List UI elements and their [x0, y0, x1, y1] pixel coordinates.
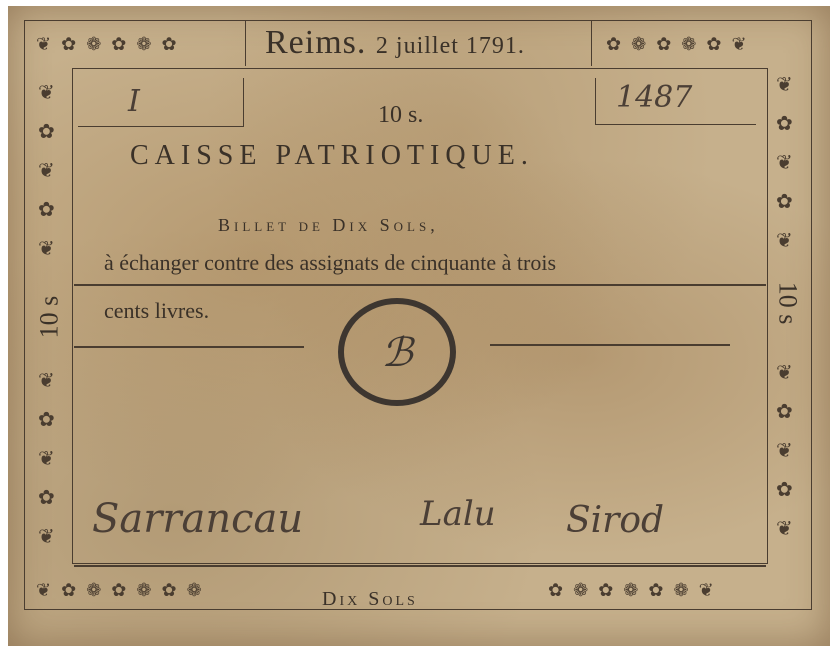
- footer-text: Dix Sols: [322, 588, 418, 611]
- signature-3: Sirod: [566, 500, 664, 541]
- star-icon: ✿: [111, 580, 126, 601]
- side-value-right: 10 s: [772, 282, 802, 325]
- top-ornament-left: ❦ ✿ ❁ ✿ ❁ ✿: [36, 34, 177, 55]
- star-icon: ✿: [776, 399, 793, 424]
- rule-right: [490, 344, 730, 346]
- star-icon: ✿: [776, 189, 793, 214]
- star-icon: ✿: [38, 485, 55, 510]
- serial-left-box: [78, 78, 244, 127]
- flower-icon: ❁: [681, 34, 696, 55]
- bottom-ornament-left: ❦✿ ❁✿ ❁✿ ❁: [36, 580, 202, 601]
- leaf-icon: ❦: [776, 360, 793, 385]
- note-title: CAISSE PATRIOTIQUE.: [130, 140, 534, 172]
- side-value-left: 10 s: [34, 296, 64, 339]
- left-ornament-column-lower: ❦✿ ❦✿ ❦: [38, 368, 55, 549]
- seal-stamp: ℬ: [338, 298, 456, 406]
- leaf-icon: ❦: [776, 150, 793, 175]
- star-icon: ✿: [548, 580, 563, 601]
- star-icon: ✿: [776, 477, 793, 502]
- body-line-1: à échanger contre des assignats de cinqu…: [104, 250, 556, 276]
- serial-right: 1487: [616, 80, 692, 115]
- leaf-icon: ❦: [38, 236, 55, 261]
- flower-icon: ❁: [86, 580, 101, 601]
- monogram-icon: ℬ: [381, 329, 412, 376]
- signature-1: Sarrancau: [92, 496, 303, 542]
- leaf-icon: ❦: [36, 580, 51, 601]
- leaf-icon: ❦: [699, 580, 714, 601]
- header: Reims. 2 juillet 1791.: [265, 24, 525, 62]
- leaf-icon: ❦: [776, 72, 793, 97]
- flower-icon: ❁: [86, 34, 101, 55]
- flower-icon: ❁: [573, 580, 588, 601]
- star-icon: ✿: [111, 34, 126, 55]
- leaf-icon: ❦: [38, 80, 55, 105]
- flower-icon: ❁: [673, 580, 688, 601]
- body-line-2: cents livres.: [104, 298, 209, 324]
- serial-left: I: [128, 84, 140, 119]
- flower-icon: ❁: [631, 34, 646, 55]
- star-icon: ✿: [38, 197, 55, 222]
- header-city: Reims.: [265, 24, 366, 61]
- star-icon: ✿: [161, 34, 176, 55]
- rule-top-text: [74, 284, 766, 286]
- flower-icon: ❁: [623, 580, 638, 601]
- star-icon: ✿: [648, 580, 663, 601]
- star-icon: ✿: [776, 111, 793, 136]
- star-icon: ✿: [706, 34, 721, 55]
- header-date: 2 juillet 1791.: [376, 33, 525, 59]
- rule-bottom: [74, 565, 766, 567]
- top-ornament-right: ✿ ❁ ✿ ❁ ✿ ❦: [606, 34, 747, 55]
- star-icon: ✿: [161, 580, 176, 601]
- right-ornament-column-lower: ❦✿ ❦✿ ❦: [776, 360, 793, 541]
- star-icon: ✿: [38, 119, 55, 144]
- star-icon: ✿: [61, 34, 76, 55]
- star-icon: ✿: [598, 580, 613, 601]
- leaf-icon: ❦: [731, 34, 746, 55]
- flower-icon: ❁: [136, 34, 151, 55]
- leaf-icon: ❦: [38, 158, 55, 183]
- star-icon: ✿: [61, 580, 76, 601]
- leaf-icon: ❦: [38, 524, 55, 549]
- right-ornament-column: ❦✿ ❦✿ ❦: [776, 72, 793, 253]
- star-icon: ✿: [656, 34, 671, 55]
- signature-2: Lalu: [420, 494, 496, 534]
- rule-left: [74, 346, 304, 348]
- flower-icon: ❁: [187, 580, 202, 601]
- flower-icon: ❁: [136, 580, 151, 601]
- leaf-icon: ❦: [38, 446, 55, 471]
- star-icon: ✿: [606, 34, 621, 55]
- bottom-ornament-right: ✿❁ ✿❁ ✿❁ ❦: [548, 580, 714, 601]
- leaf-icon: ❦: [776, 516, 793, 541]
- leaf-icon: ❦: [776, 438, 793, 463]
- leaf-icon: ❦: [776, 228, 793, 253]
- star-icon: ✿: [38, 407, 55, 432]
- left-ornament-column: ❦✿ ❦✿ ❦: [38, 80, 55, 261]
- leaf-icon: ❦: [36, 34, 51, 55]
- value-mark: 10 s.: [378, 102, 423, 129]
- note-subtitle: Billet de Dix Sols,: [218, 215, 439, 236]
- leaf-icon: ❦: [38, 368, 55, 393]
